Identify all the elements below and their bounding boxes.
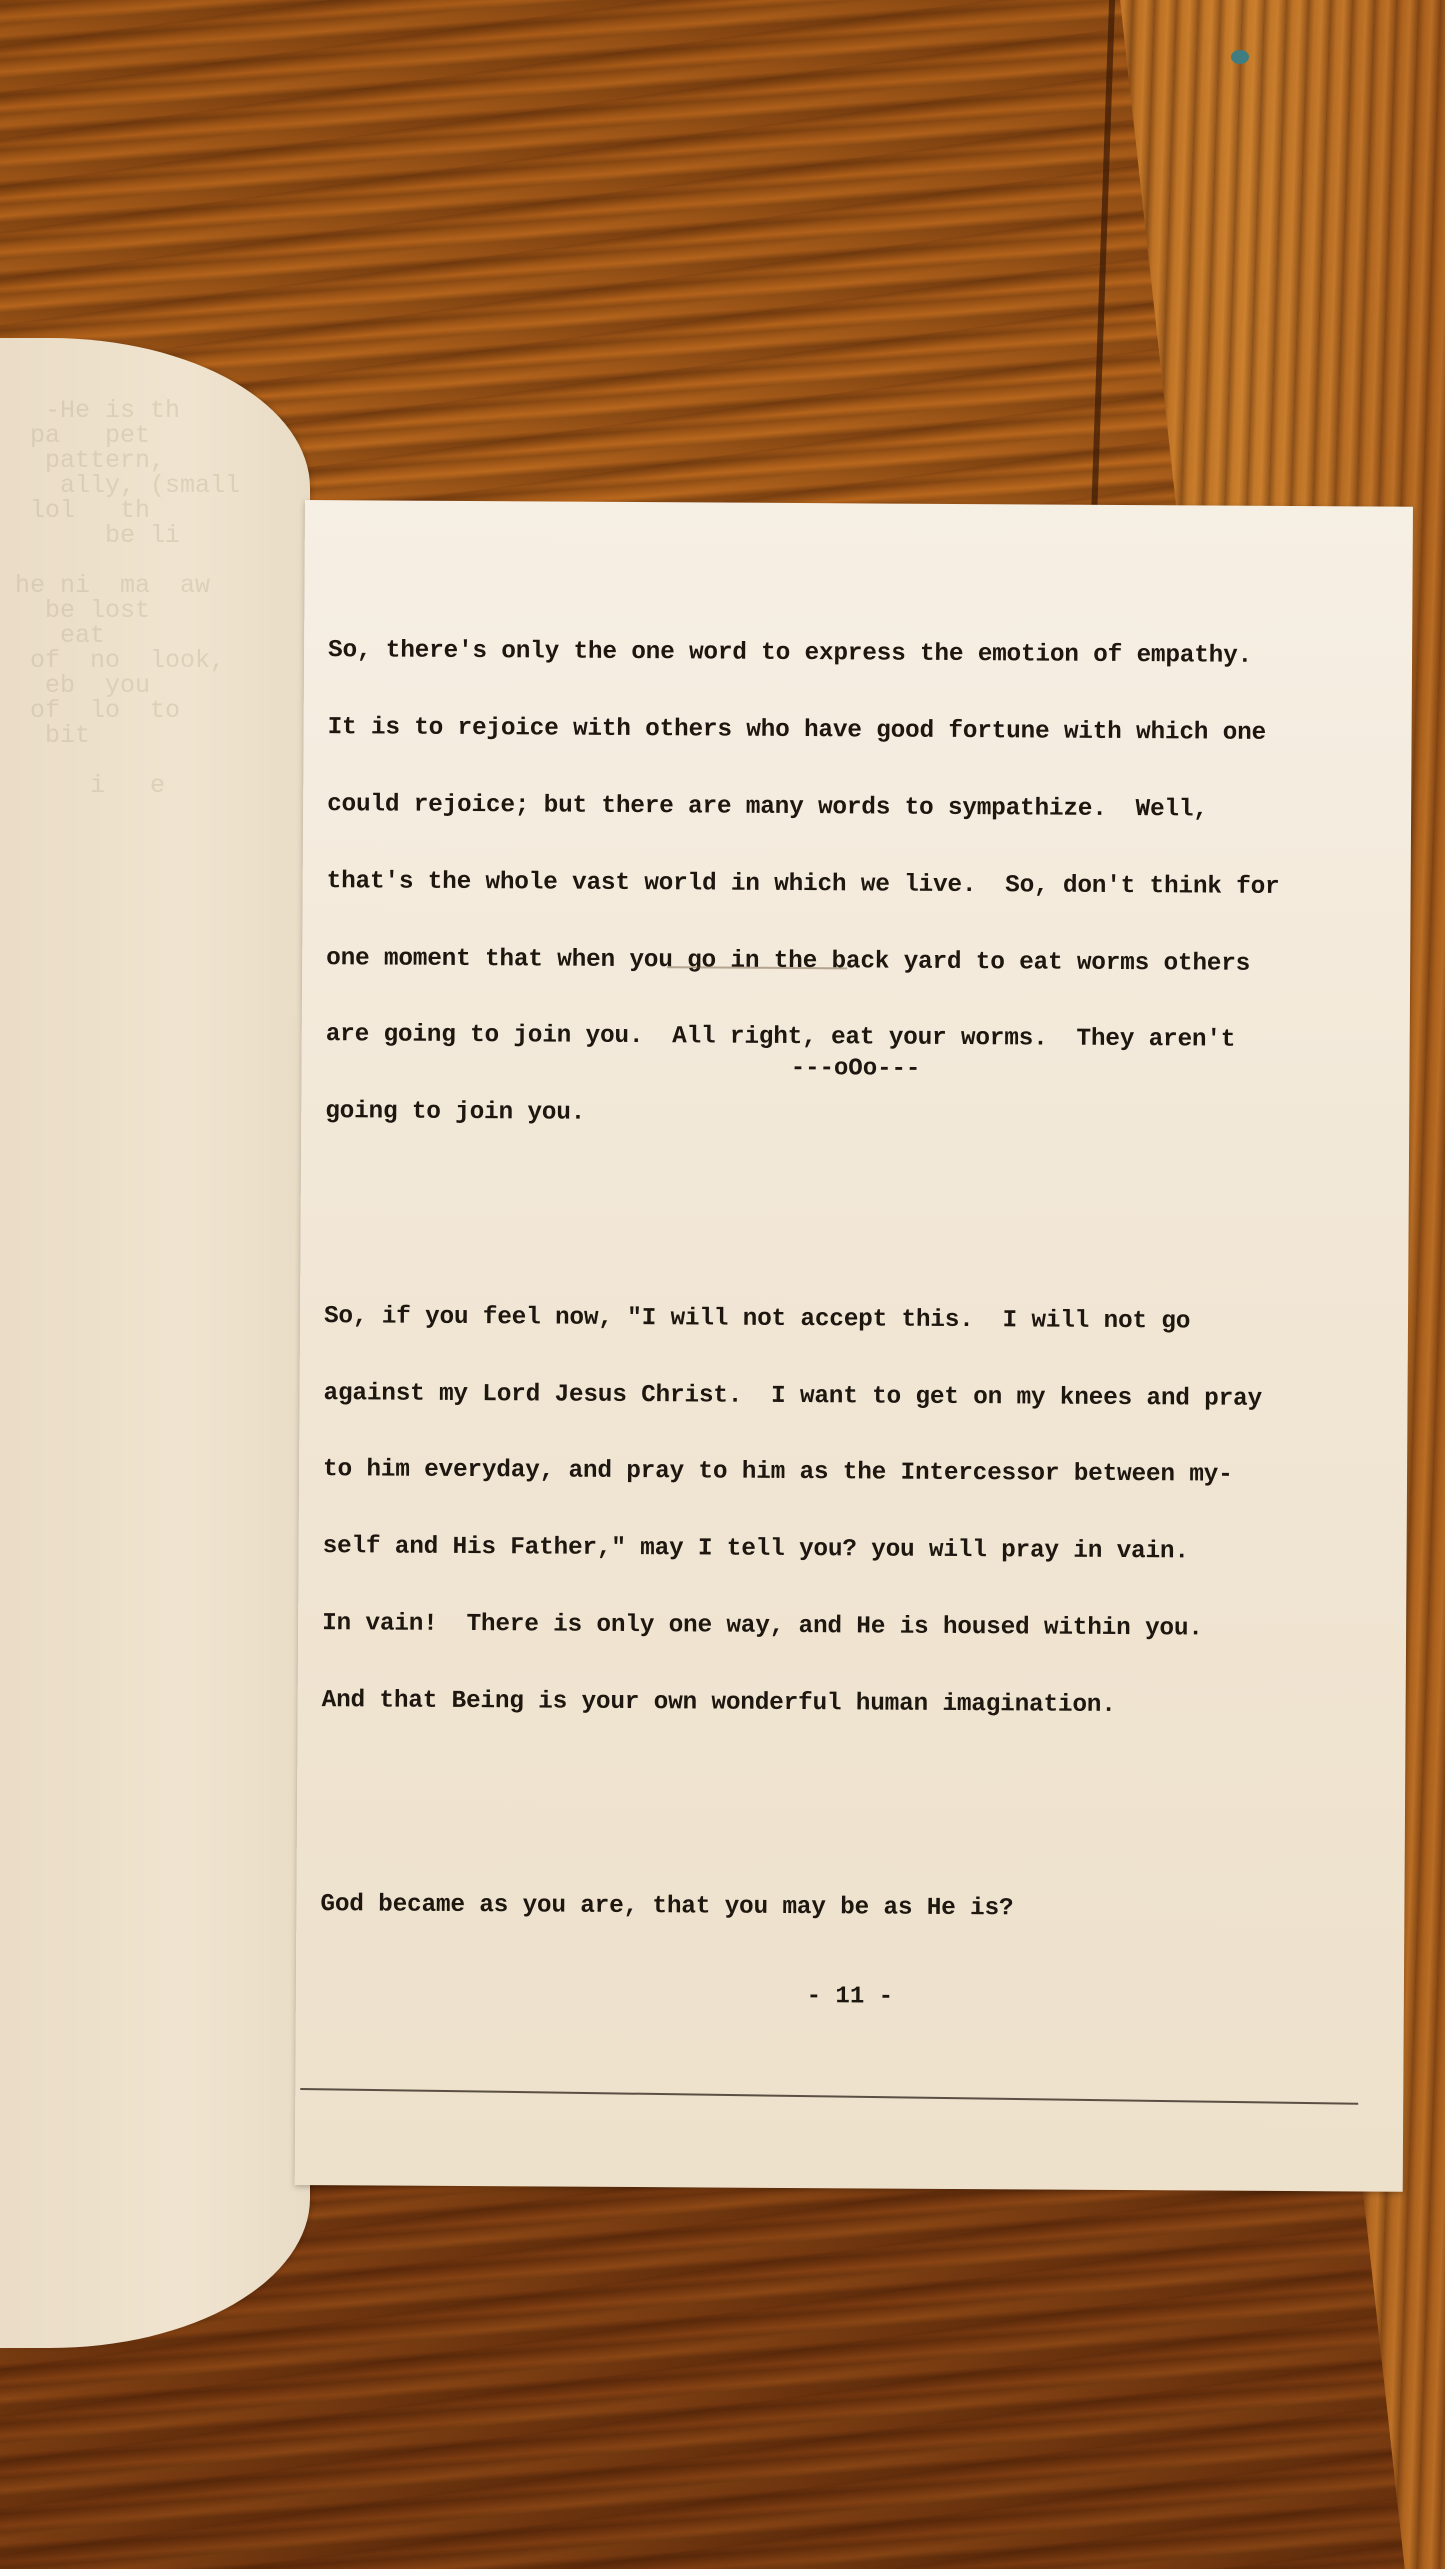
text-line: And that Being is your own wonderful hum… xyxy=(322,1688,1392,1720)
text-line: against my Lord Jesus Christ. I want to … xyxy=(323,1381,1393,1413)
paragraph-3: God became as you are, that you may be a… xyxy=(320,1841,1391,1976)
text-line: So, if you feel now, "I will not accept … xyxy=(324,1304,1394,1336)
text-line: It is to rejoice with others who have go… xyxy=(328,715,1398,747)
text-line: could rejoice; but there are many words … xyxy=(327,792,1397,824)
text-line: God became as you are, that you may be a… xyxy=(320,1893,1390,1925)
text-line: self and His Father," may I tell you? yo… xyxy=(323,1534,1393,1566)
text-line: So, there's only the one word to express… xyxy=(328,639,1398,671)
pebble-on-table xyxy=(1231,50,1249,64)
paragraph-2: So, if you feel now, "I will not accept … xyxy=(321,1253,1394,1771)
text-line: that's the whole vast world in which we … xyxy=(327,869,1397,901)
page-body: So, there's only the one word to express… xyxy=(320,536,1399,2053)
footer-rule-line xyxy=(300,2088,1358,2105)
text-line: to him everyday, and pray to him as the … xyxy=(323,1458,1393,1490)
book-page: So, there's only the one word to express… xyxy=(295,500,1413,2192)
previous-page-left: -He is th pa pet pattern, ally, (small l… xyxy=(0,338,310,2348)
paragraph-1: So, there's only the one word to express… xyxy=(325,587,1399,1182)
show-through-text: -He is th pa pet pattern, ally, (small l… xyxy=(0,398,300,2298)
text-line: one moment that when you go in the back … xyxy=(326,946,1396,978)
text-line: going to join you. xyxy=(325,1099,1395,1131)
text-line: In vain! There is only one way, and He i… xyxy=(322,1611,1392,1643)
text-line: are going to join you. All right, eat yo… xyxy=(326,1022,1396,1054)
